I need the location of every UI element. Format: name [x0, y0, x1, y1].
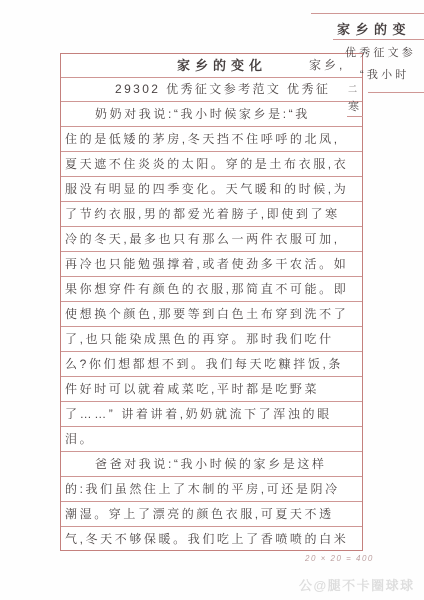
overlay-rule-snippet — [368, 92, 424, 93]
grid-count-note: 20 × 20 = 400 — [305, 554, 374, 563]
grid-row: 么?你们想都想不到。我们每天吃糠拌饭,条 — [61, 352, 362, 377]
overlay-partial-char: 二 — [348, 82, 357, 95]
grid-row: 奶奶对我说:“我小时候家乡是:“我 — [61, 102, 362, 127]
grid-row: 的:我们虽然住上了木制的平房,可还是阴冷 — [61, 477, 362, 502]
grid-row: 潮湿。穿上了漂亮的颜色衣服,可夏天不透 — [61, 502, 362, 527]
composition-page: 家乡的变化 家乡, 29302 优秀征文参考范文 优秀征 奶奶对我说:“我小时候… — [60, 53, 363, 551]
grid-row: 气,冬天不够保暖。我们吃上了香喷喷的白米 — [61, 527, 362, 552]
overlay-page-title: 家乡的变 — [337, 19, 411, 38]
watermark: 公@腿不卡圈球球 — [299, 575, 415, 594]
grid-row: 泪。 — [61, 427, 362, 452]
meta-row: 29302 优秀征文参考范文 优秀征 — [61, 78, 362, 102]
grid-row: 了……” 讲着讲着,奶奶就流下了浑浊的眼 — [61, 402, 362, 427]
grid-row: 了节约衣服,男的都爱光着膀子,即使到了寒 — [61, 202, 362, 227]
grid-row: 服没有明显的四季变化。天气暖和的时候,为 — [61, 177, 362, 202]
grid-row: 冷的冬天,最多也只有那么一两件衣服可加, — [61, 227, 362, 252]
page-title: 家乡的变化 — [177, 54, 267, 77]
document-scan: 家乡的变化 家乡, 29302 优秀征文参考范文 优秀征 奶奶对我说:“我小时候… — [0, 0, 424, 600]
grid-row: 了,也只能染成黑色的再穿。那时我们吃什 — [61, 327, 362, 352]
title-row: 家乡的变化 家乡, — [61, 54, 362, 78]
overlay-page-snippet: “我小时 — [360, 66, 409, 82]
grid-row: 件好时可以就着咸菜吃,平时都是吃野菜 — [61, 377, 362, 402]
overlay-rule-top — [311, 13, 424, 14]
grid-row: 爸爸对我说:“我小时候的家乡是这样 — [61, 452, 362, 477]
grid-row: 果你想穿件有颜色的衣服,那简直不可能。即 — [61, 277, 362, 302]
grid-row: 住的是低矮的茅房,冬天挡不住呼呼的北凤, — [61, 127, 362, 152]
overlay-rule-mid — [333, 39, 424, 40]
overlay-rule-edge-char — [347, 116, 363, 117]
grid-row: 再冷也只能勉强撑着,或者使劲多干农活。如 — [61, 252, 362, 277]
page-title-right: 家乡, — [309, 54, 345, 77]
overlay-edge-char: 寒 — [348, 98, 359, 114]
overlay-page-subtitle: 优秀征文参 — [345, 44, 416, 60]
grid-row: 使想换个颜色,那要等到白色土布穿到洗不了 — [61, 302, 362, 327]
grid-row: 夏天遮不住炎炎的太阳。穿的是土布衣服,衣 — [61, 152, 362, 177]
